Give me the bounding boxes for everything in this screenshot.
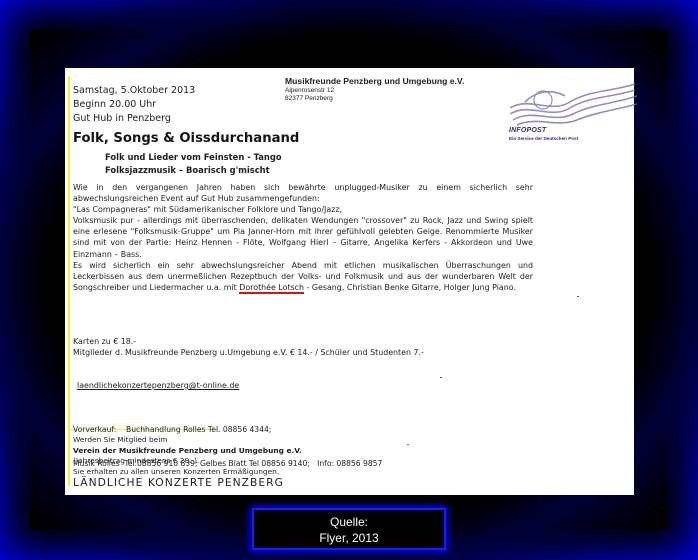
scan-speck xyxy=(407,444,409,445)
margin-marker xyxy=(68,76,70,486)
member-price: Mitglieder d. Musikfreunde Penzberg u.Um… xyxy=(73,347,473,358)
scan-speck xyxy=(440,377,442,378)
description-intro: Wie in den vergangenen Jahren haben sich… xyxy=(73,182,533,204)
subtitle-line: Folksjazzmusik – Boarisch g'mischt xyxy=(105,164,282,177)
brand-logo: LÄNDLICHE KONZERTE PENZBERG xyxy=(73,477,284,489)
event-time: Beginn 20.00 Uhr xyxy=(73,98,195,112)
ticket-prices: Karten zu € 18.- Mitglieder d. Musikfreu… xyxy=(73,336,473,358)
membership-club-name: Verein der Musikfreunde Penzberg und Umg… xyxy=(73,446,302,457)
membership-info: Werden Sie Mitglied beim Verein der Musi… xyxy=(73,435,302,477)
postmark-waves-icon xyxy=(505,78,640,128)
event-subtitle: Folk und Lieder vom Feinsten - Tango Fol… xyxy=(105,151,282,177)
contact-email-link[interactable]: laendlichekonzertepenzberg@t-online.de xyxy=(77,381,239,390)
organizer-city: 82377 Penzberg xyxy=(285,95,464,103)
ticket-price: Karten zu € 18.- xyxy=(73,336,473,347)
caption-source: Flyer, 2013 xyxy=(254,530,444,546)
source-caption: Quelle: Flyer, 2013 xyxy=(252,508,446,550)
caption-label: Quelle: xyxy=(254,514,444,530)
infopost-label: INFOPOST xyxy=(509,127,546,134)
event-title: Folk, Songs & Oissdurchanand xyxy=(73,131,299,146)
membership-line: Sie erhalten zu allen unseren Konzerten … xyxy=(73,467,302,478)
description-abend-after: - Gesang, Christian Benke Gitarre, Holge… xyxy=(304,283,516,292)
event-venue: Gut Hub in Penzberg xyxy=(73,112,195,126)
scan-speck xyxy=(577,296,579,297)
membership-line: Werden Sie Mitglied beim xyxy=(73,435,302,446)
description-volksmusik: Volksmusik pur - allerdings mit überrasc… xyxy=(73,215,533,259)
organizer-street: Alpenrosenstr 12 xyxy=(285,87,464,95)
organizer-address: Musikfreunde Penzberg und Umgebung e.V. … xyxy=(285,76,464,103)
organizer-name: Musikfreunde Penzberg und Umgebung e.V. xyxy=(285,76,464,87)
subtitle-line: Folk und Lieder vom Feinsten - Tango xyxy=(105,151,282,164)
event-description: Wie in den vergangenen Jahren haben sich… xyxy=(73,182,533,293)
description-compagneras: "Las Compagneras" mit Südamerikanischer … xyxy=(73,204,533,215)
event-date: Samstag, 5.Oktober 2013 xyxy=(73,84,195,98)
presale-line: Vorverkauf: Buchhandlung Rolles Tel. 088… xyxy=(73,424,382,435)
event-info: Samstag, 5.Oktober 2013 Beginn 20.00 Uhr… xyxy=(73,84,195,126)
highlighted-artist: Dorothée Lotsch xyxy=(239,283,304,292)
description-abend: Es wird sicherlich ein sehr abwechslungs… xyxy=(73,260,533,293)
postage-stamp: INFOPOST Ein Service der Deutschen Post xyxy=(505,78,640,158)
membership-line: (Jahresbeitrag mindestens € 20.-). xyxy=(73,456,302,467)
flyer-document: Samstag, 5.Oktober 2013 Beginn 20.00 Uhr… xyxy=(65,68,634,495)
infopost-service: Ein Service der Deutschen Post xyxy=(509,136,578,141)
